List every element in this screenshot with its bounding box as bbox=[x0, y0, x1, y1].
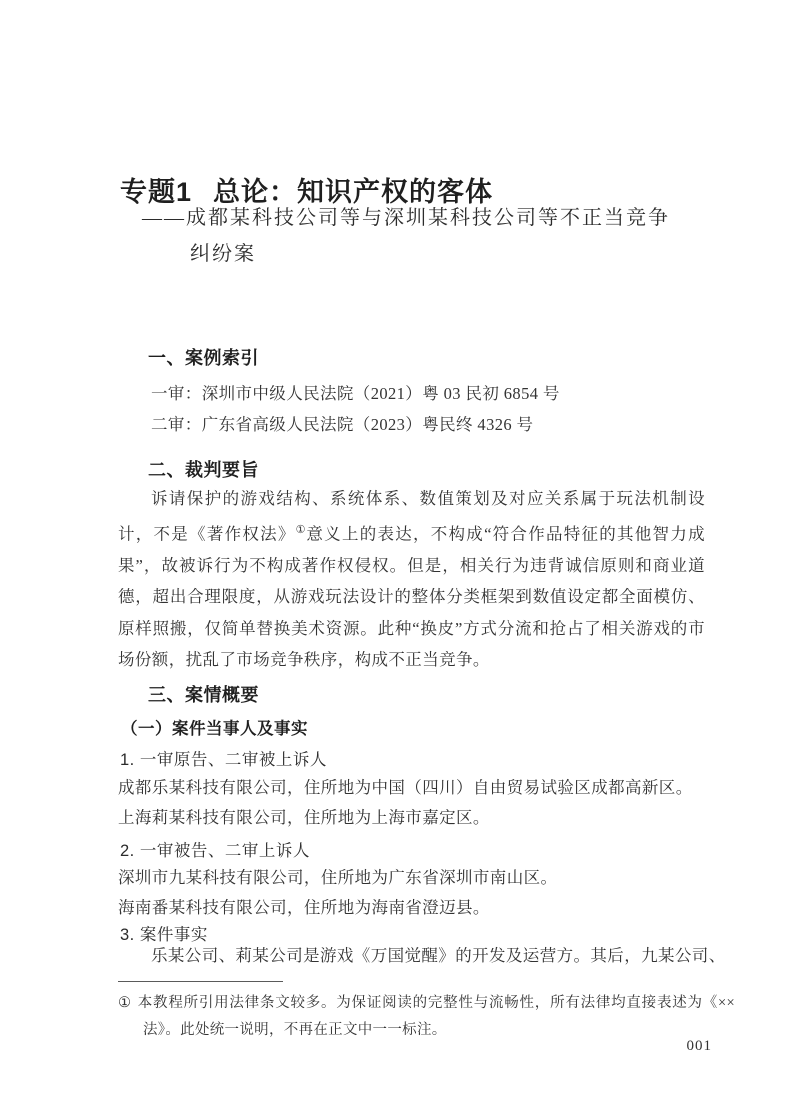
party-line-shenzhen: 深圳市九某科技有限公司，住所地为广东省深圳市南山区。 bbox=[118, 867, 708, 888]
case-subtitle-line1: ——成都某科技公司等与深圳某科技公司等不正当竞争 bbox=[142, 200, 722, 236]
item-heading-defendants: 2. 一审被告、二审上诉人 bbox=[120, 837, 310, 861]
footnote-marker: ① bbox=[118, 995, 132, 1011]
section-heading-case-index: 一、案例索引 bbox=[148, 344, 259, 370]
party-line-chengdu: 成都乐某科技有限公司，住所地为中国（四川）自由贸易试验区成都高新区。 bbox=[118, 777, 708, 798]
book-page: 专题1总论：知识产权的客体 ——成都某科技公司等与深圳某科技公司等不正当竞争 纠… bbox=[0, 0, 799, 1114]
case-subtitle: ——成都某科技公司等与深圳某科技公司等不正当竞争 纠纷案 bbox=[142, 200, 722, 272]
second-instance-line: 二审：广东省高级人民法院（2023）粤民终 4326 号 bbox=[118, 414, 741, 435]
item-heading-plaintiffs: 1. 一审原告、二审被上诉人 bbox=[120, 746, 327, 770]
item-heading-facts: 3. 案件事实 bbox=[120, 921, 208, 945]
ruling-text-post: 意义上的表达，不构成“符合作品特征的其他智力成果”，故被诉行为不构成著作权侵权。… bbox=[118, 524, 705, 669]
facts-paragraph-first-line: 乐某公司、莉某公司是游戏《万国觉醒》的开发及运营方。其后，九某公司、 bbox=[118, 945, 741, 966]
section-heading-ruling-gist: 二、裁判要旨 bbox=[148, 456, 259, 482]
footnote: ①本教程所引用法律条文较多。为保证阅读的完整性与流畅性，所有法律均直接表述为《×… bbox=[118, 990, 735, 1044]
ruling-gist-paragraph: 诉请保护的游戏结构、系统体系、数值策划及对应关系属于玩法机制设计，不是《著作权法… bbox=[118, 483, 705, 676]
footnote-reference-mark: ① bbox=[296, 524, 307, 536]
party-line-shanghai: 上海莉某科技有限公司，住所地为上海市嘉定区。 bbox=[118, 807, 708, 828]
section-heading-case-summary: 三、案情概要 bbox=[148, 681, 259, 707]
subsection-parties-and-facts: （一）案件当事人及事实 bbox=[121, 715, 308, 739]
case-subtitle-line2: 纠纷案 bbox=[142, 236, 722, 272]
page-number: 001 bbox=[687, 1038, 713, 1055]
footnote-divider bbox=[118, 981, 283, 982]
party-line-hainan: 海南番某科技有限公司，住所地为海南省澄迈县。 bbox=[118, 897, 708, 918]
first-instance-line: 一审：深圳市中级人民法院（2021）粤 03 民初 6854 号 bbox=[118, 383, 741, 404]
footnote-text: 本教程所引用法律条文较多。为保证阅读的完整性与流畅性，所有法律均直接表述为《××… bbox=[138, 995, 735, 1038]
